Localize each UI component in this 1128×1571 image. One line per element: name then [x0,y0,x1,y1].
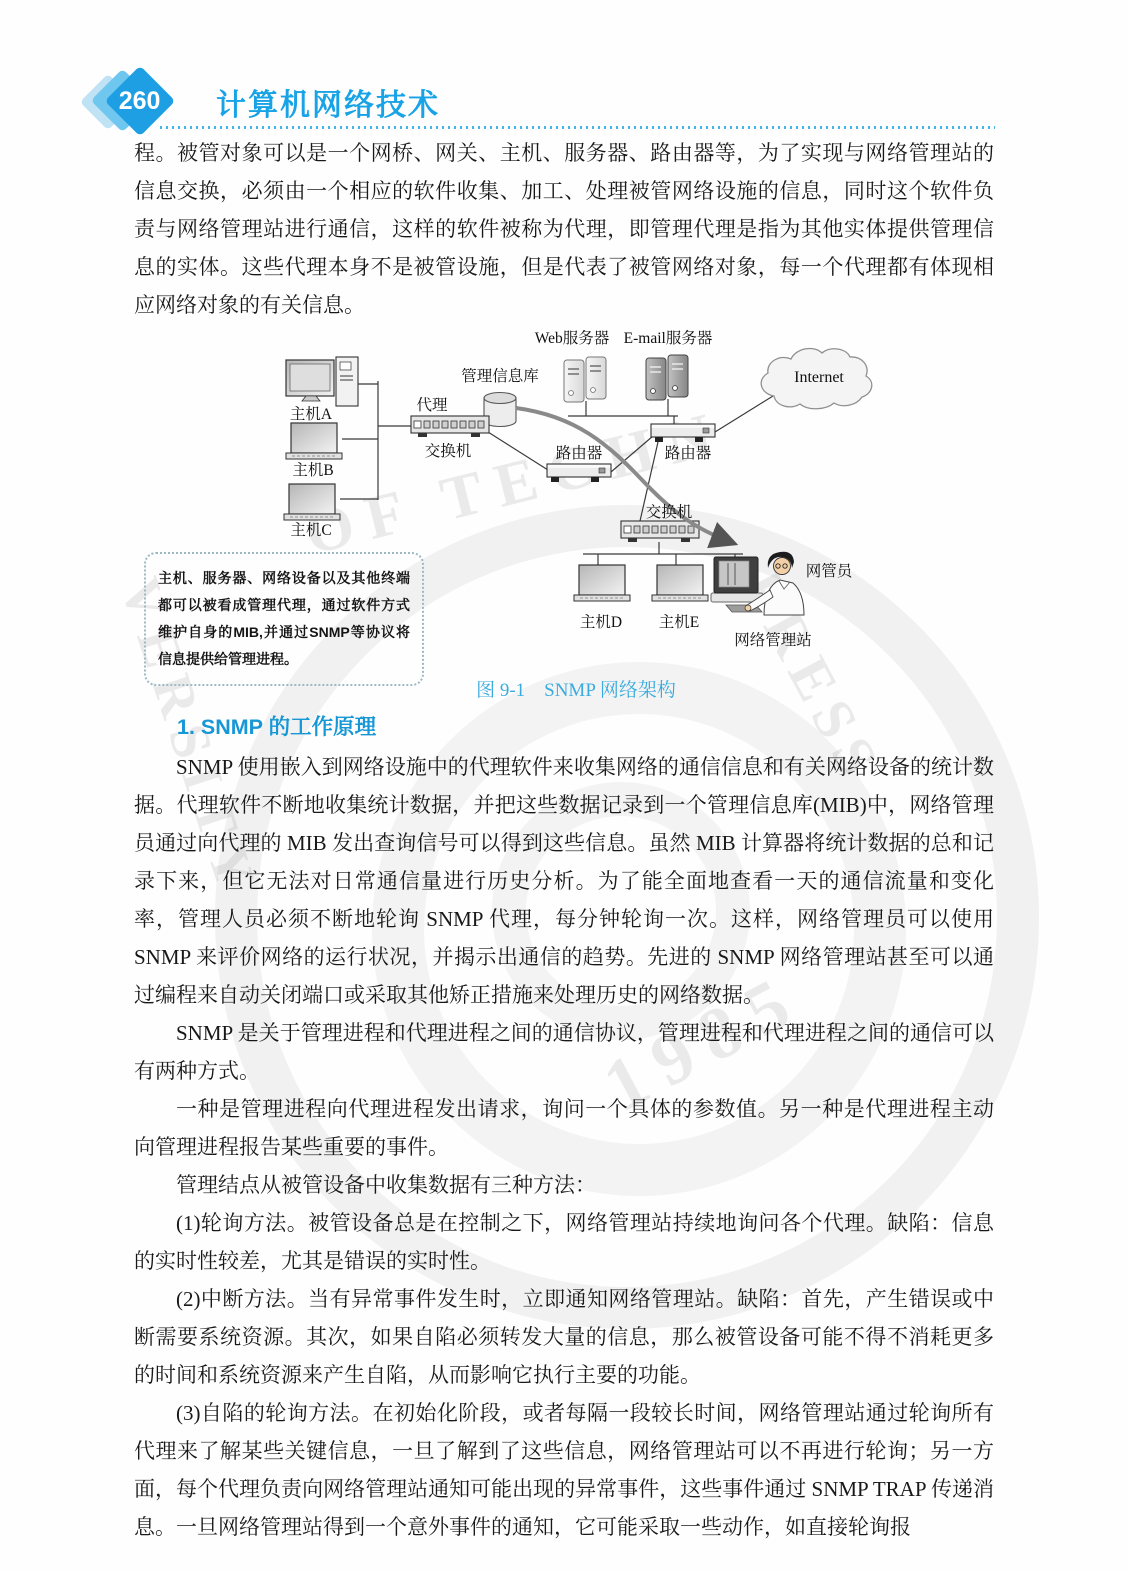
label-host-c: 主机C [290,521,331,539]
paragraph: 一种是管理进程向代理进程发出请求，询问一个具体的参数值。另一种是代理进程主动向管… [134,1090,994,1166]
page-header: 260 计算机网络技术 [88,70,1128,140]
paragraph: (3)自陷的轮询方法。在初始化阶段，或者每隔一段较长时间，网络管理站通过轮询所有… [134,1394,994,1546]
note-line: 信息提供给管理进程。 [158,646,410,673]
paragraph: (1)轮询方法。被管设备总是在控制之下，网络管理站持续地询问各个代理。缺陷：信息… [134,1204,994,1280]
switch-2-icon [621,521,699,542]
paragraph: (2)中断方法。当有异常事件发生时，立即通知网络管理站。缺陷：首先，产生错误或中… [134,1280,994,1394]
label-nms: 网络管理站 [734,631,812,649]
book-title: 计算机网络技术 [216,80,440,124]
label-host-b: 主机B [292,461,333,479]
host-c-laptop-icon [284,484,340,520]
paragraph: SNMP 是关于管理进程和代理进程之间的通信协议，管理进程和代理进程之间的通信可… [134,1014,994,1090]
snmp-network-diagram: Web服务器 E-mail服务器 Internet 管理信息库 代理 交换机 路… [134,324,994,676]
router-1-icon [547,464,611,482]
host-b-laptop-icon [286,423,342,459]
label-router-1: 路由器 [556,444,603,462]
router-2-icon [651,424,715,442]
label-switch-2: 交换机 [646,503,693,521]
label-mib: 管理信息库 [461,367,539,385]
book-page: OF TECHN VERSITY PRESS 1985 260 计算机网络技术 … [0,0,1128,1571]
header-dotted-rule [160,126,995,129]
paragraph: 管理结点从被管设备中收集数据有三种方法： [134,1166,994,1204]
label-switch-1: 交换机 [425,442,472,460]
label-email-server: E-mail服务器 [624,329,713,347]
page-number: 260 [119,87,161,116]
page-number-badge: 260 [88,70,200,132]
figure-note-box: 主机、服务器、网络设备以及其他终端 都可以被看成管理代理，通过软件方式 维护自身… [144,552,424,686]
label-host-d: 主机D [580,613,622,631]
page-content: 程。被管对象可以是一个网桥、网关、主机、服务器、路由器等，为了实现与网络管理站的… [134,134,994,1546]
note-line: 都可以被看成管理代理，通过软件方式 [158,592,410,619]
email-server-icon [646,355,688,400]
host-d-laptop-icon [574,565,630,601]
section-heading: 1. SNMP 的工作原理 [134,710,994,744]
label-host-e: 主机E [659,613,699,631]
paragraph: SNMP 使用嵌入到网络设施中的代理软件来收集网络的通信信息和有关网络设备的统计… [134,748,994,1014]
label-internet: Internet [794,369,844,386]
note-line: 维护自身的MIB,并通过SNMP等协议将 [158,619,410,646]
label-admin: 网管员 [806,562,854,580]
label-router-2: 路由器 [665,444,712,462]
figure-9-1: Web服务器 E-mail服务器 Internet 管理信息库 代理 交换机 路… [134,324,994,704]
label-web-server: Web服务器 [535,329,610,347]
switch-1-icon [411,416,489,437]
note-line: 主机、服务器、网络设备以及其他终端 [158,565,410,592]
paragraph: 程。被管对象可以是一个网桥、网关、主机、服务器、路由器等，为了实现与网络管理站的… [134,134,994,324]
label-agent: 代理 [416,396,448,414]
label-host-a: 主机A [290,405,333,423]
host-e-laptop-icon [652,565,708,601]
figure-caption: 图 9-1 SNMP 网络架构 [146,678,1006,704]
host-a-computer-icon [286,357,358,406]
web-server-icon [564,357,606,402]
